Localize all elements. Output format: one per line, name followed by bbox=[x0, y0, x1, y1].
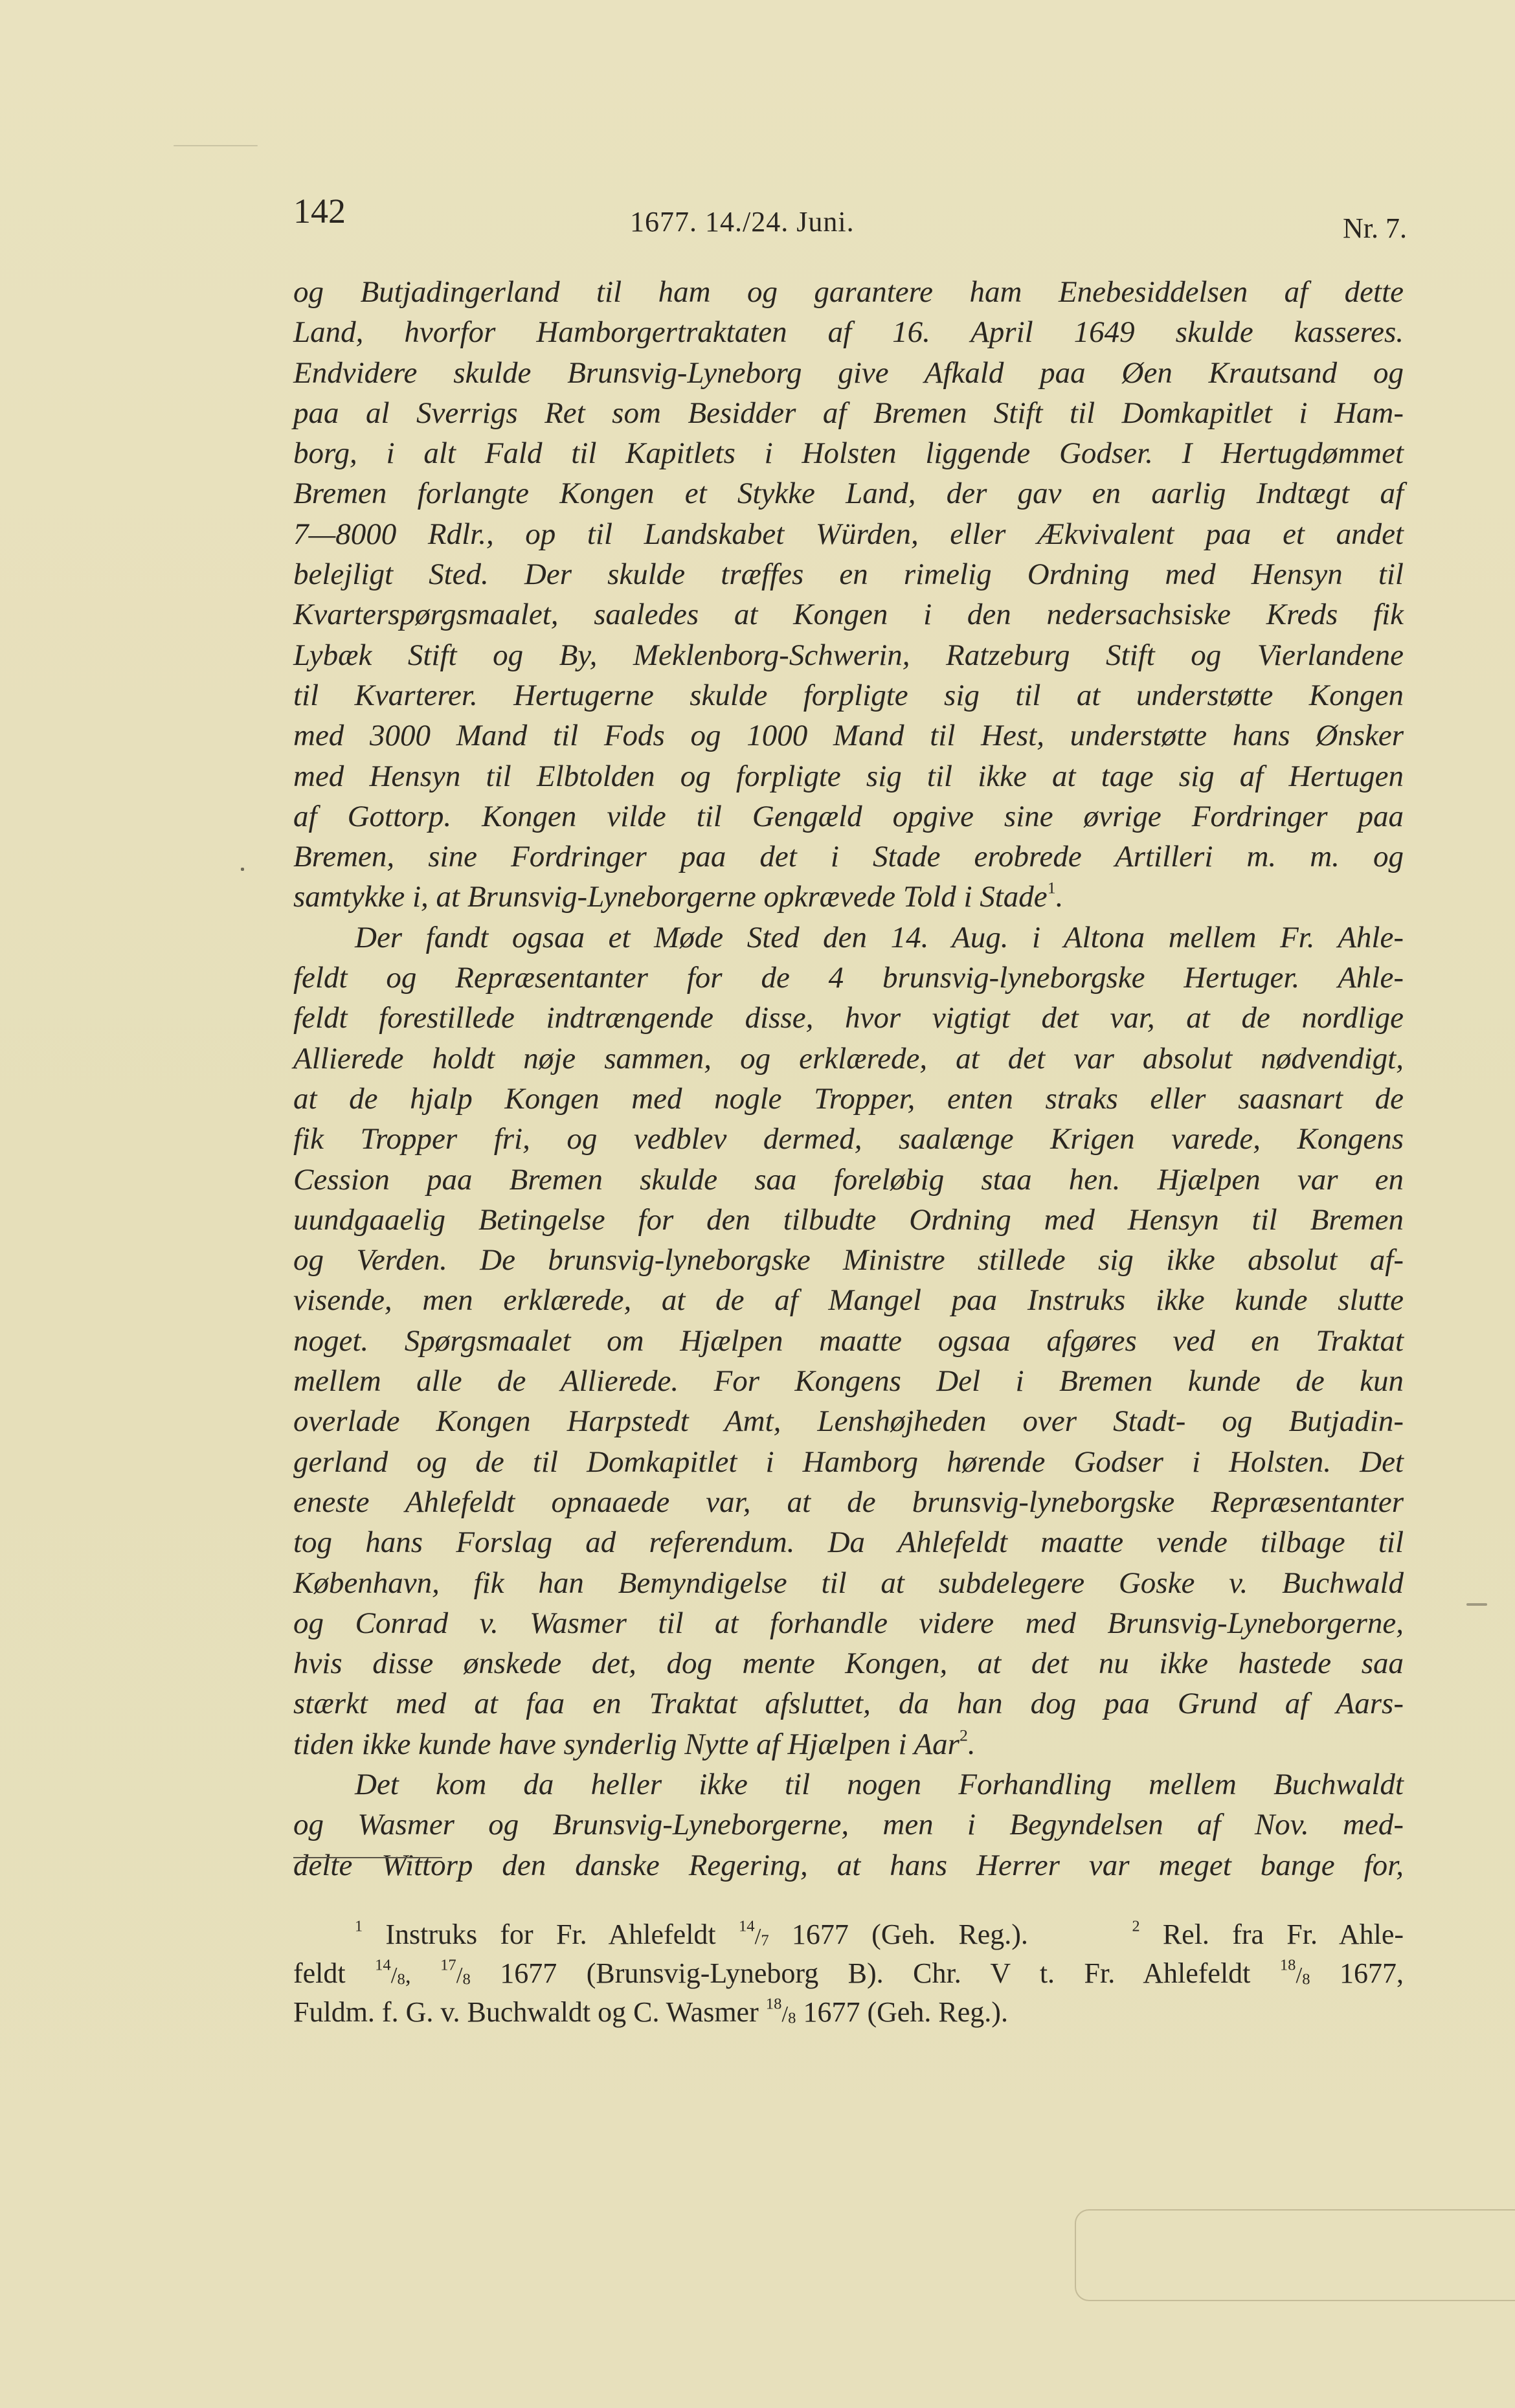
text-line: Kvarterspørgsmaalet, saaledes at Kongen … bbox=[293, 594, 1404, 635]
footnote-text: 1677, bbox=[1340, 1957, 1404, 1989]
date-fraction: 17/8 bbox=[440, 1963, 471, 1988]
text-line: og Verden. De brunsvig-lyneborgske Minis… bbox=[293, 1240, 1404, 1280]
punctuation: . bbox=[968, 1727, 976, 1761]
text-line-with-footnote: tiden ikke kunde have synderlig Nytte af… bbox=[293, 1724, 1404, 1764]
footnote-ref-2[interactable]: 2 bbox=[959, 1726, 968, 1744]
fraction-denominator: 8 bbox=[788, 2009, 796, 2027]
fraction-numerator: 18 bbox=[1280, 1956, 1296, 1974]
text-line: og Butjadingerland til ham og garantere … bbox=[293, 272, 1404, 312]
footnote-line: Fuldm. f. G. v. Buchwaldt og C. Wasmer 1… bbox=[293, 1993, 1404, 2032]
margin-speck bbox=[241, 868, 244, 871]
text-line: København, fik han Bemyndigelse til at s… bbox=[293, 1563, 1404, 1603]
scan-ruler-outline bbox=[1075, 2209, 1515, 2301]
text-line: eneste Ahlefeldt opnaaede var, at de bru… bbox=[293, 1482, 1404, 1522]
text-line: Lybæk Stift og By, Meklenborg-Schwerin, … bbox=[293, 635, 1404, 675]
text-line: belejligt Sted. Der skulde træffes en ri… bbox=[293, 554, 1404, 594]
text-line: noget. Spørgsmaalet om Hjælpen maatte og… bbox=[293, 1321, 1404, 1361]
fraction-numerator: 17 bbox=[440, 1956, 456, 1974]
text-line: Bremen, sine Fordringer paa det i Stade … bbox=[293, 837, 1404, 877]
fraction-denominator: 8 bbox=[398, 1970, 405, 1988]
footnote-text: Fuldm. f. G. v. Buchwaldt og C. Wasmer bbox=[293, 1996, 759, 2028]
text-line: med 3000 Mand til Fods og 1000 Mand til … bbox=[293, 715, 1404, 756]
text-line: af Gottorp. Kongen vilde til Gengæld opg… bbox=[293, 796, 1404, 837]
text-line: at de hjalp Kongen med nogle Tropper, en… bbox=[293, 1079, 1404, 1119]
text-line: hvis disse ønskede det, dog mente Kongen… bbox=[293, 1643, 1404, 1683]
text-line-content: tiden ikke kunde have synderlig Nytte af… bbox=[293, 1727, 959, 1761]
text-line: tog hans Forslag ad referendum. Da Ahlef… bbox=[293, 1522, 1404, 1562]
body-text: og Butjadingerland til ham og garantere … bbox=[293, 272, 1404, 1885]
text-line: gerland og de til Domkapitlet i Hamborg … bbox=[293, 1442, 1404, 1482]
page-number: 142 bbox=[293, 191, 346, 231]
text-line: og Wasmer og Brunsvig-Lyneborgerne, men … bbox=[293, 1805, 1404, 1845]
running-head: 1677. 14./24. Juni. bbox=[630, 205, 855, 238]
text-line-content: samtykke i, at Brunsvig-Lyneborgerne opk… bbox=[293, 880, 1048, 914]
fraction-denominator: 7 bbox=[761, 1931, 769, 1949]
fraction-numerator: 14 bbox=[739, 1917, 755, 1935]
footnote-text: feldt bbox=[293, 1957, 346, 1989]
fraction-denominator: 8 bbox=[463, 1970, 471, 1988]
text-line: Cession paa Bremen skulde saa foreløbig … bbox=[293, 1160, 1404, 1200]
text-line: Allierede holdt nøje sammen, og erklæred… bbox=[293, 1039, 1404, 1079]
text-line: stærkt med at faa en Traktat afsluttet, … bbox=[293, 1683, 1404, 1724]
text-line-paragraph-start: Det kom da heller ikke til nogen Forhand… bbox=[293, 1764, 1404, 1805]
date-fraction: 14/7 bbox=[739, 1924, 769, 1949]
date-fraction: 18/8 bbox=[1280, 1963, 1310, 1988]
document-number: Nr. 7. bbox=[1343, 212, 1407, 245]
footnote-text: 1677 (Geh. Reg.). bbox=[792, 1919, 1028, 1950]
document-page: 142 1677. 14./24. Juni. Nr. 7. og Butjad… bbox=[0, 0, 1515, 2408]
text-line: 7—8000 Rdlr., op til Landskabet Würden, … bbox=[293, 514, 1404, 554]
text-line: feldt og Repræsentanter for de 4 brunsvi… bbox=[293, 958, 1404, 998]
footnote-text: 1677 (Brunsvig-Lyneborg B). Chr. V t. Fr… bbox=[500, 1957, 1250, 1989]
text-line: Endvidere skulde Brunsvig-Lyneborg give … bbox=[293, 353, 1404, 393]
text-line: med Hensyn til Elbtolden og forpligte si… bbox=[293, 756, 1404, 796]
text-line: borg, i alt Fald til Kapitlets i Holsten… bbox=[293, 433, 1404, 473]
text-line: visende, men erklærede, at de af Mangel … bbox=[293, 1280, 1404, 1320]
footnote-marker-1: 1 bbox=[355, 1918, 363, 1935]
footnote-ref-1[interactable]: 1 bbox=[1048, 879, 1056, 897]
text-line: Bremen forlangte Kongen et Stykke Land, … bbox=[293, 473, 1404, 513]
fraction-numerator: 18 bbox=[766, 1995, 782, 2012]
text-line: fik Tropper fri, og vedblev dermed, saal… bbox=[293, 1119, 1404, 1159]
text-line: overlade Kongen Harpstedt Amt, Lenshøjhe… bbox=[293, 1401, 1404, 1441]
footnotes: 1 Instruks for Fr. Ahlefeldt 14/7 1677 (… bbox=[293, 1915, 1404, 2032]
text-line: Land, hvorfor Hamborgertraktaten af 16. … bbox=[293, 312, 1404, 352]
text-line: til Kvarterer. Hertugerne skulde forplig… bbox=[293, 675, 1404, 715]
footnote-line: feldt 14/8, 17/8 1677 (Brunsvig-Lyneborg… bbox=[293, 1954, 1404, 1993]
footnote-marker-2: 2 bbox=[1132, 1918, 1139, 1935]
text-line: uundgaaelig Betingelse for den tilbudte … bbox=[293, 1200, 1404, 1240]
fraction-denominator: 8 bbox=[1302, 1970, 1310, 1988]
text-line: og Conrad v. Wasmer til at forhandle vid… bbox=[293, 1603, 1404, 1643]
footnote-text: Instruks for Fr. Ahlefeldt bbox=[385, 1919, 715, 1950]
text-line: feldt forestillede indtrængende disse, h… bbox=[293, 998, 1404, 1038]
text-line-with-footnote: samtykke i, at Brunsvig-Lyneborgerne opk… bbox=[293, 877, 1404, 917]
footnote-text: 1677 (Geh. Reg.). bbox=[803, 1996, 1008, 2028]
text-line-paragraph-start: Der fandt ogsaa et Møde Sted den 14. Aug… bbox=[293, 917, 1404, 958]
margin-smudge bbox=[174, 145, 258, 146]
footnote-separator bbox=[293, 1857, 442, 1858]
fraction-numerator: 14 bbox=[375, 1956, 391, 1974]
footnote-line: 1 Instruks for Fr. Ahlefeldt 14/7 1677 (… bbox=[293, 1915, 1404, 1954]
footnote-text: Rel. fra Fr. Ahle- bbox=[1163, 1919, 1404, 1950]
text-line: mellem alle de Allierede. For Kongens De… bbox=[293, 1361, 1404, 1401]
page-header: 142 1677. 14./24. Juni. Nr. 7. bbox=[293, 191, 1407, 243]
margin-smudge bbox=[1466, 1603, 1487, 1606]
text-line: delte Wittorp den danske Regering, at ha… bbox=[293, 1845, 1404, 1885]
text-line: paa al Sverrigs Ret som Besidder af Brem… bbox=[293, 393, 1404, 433]
date-fraction: 14/8, bbox=[375, 1963, 411, 1988]
date-fraction: 18/8 bbox=[766, 2001, 796, 2027]
punctuation: . bbox=[1056, 880, 1064, 914]
